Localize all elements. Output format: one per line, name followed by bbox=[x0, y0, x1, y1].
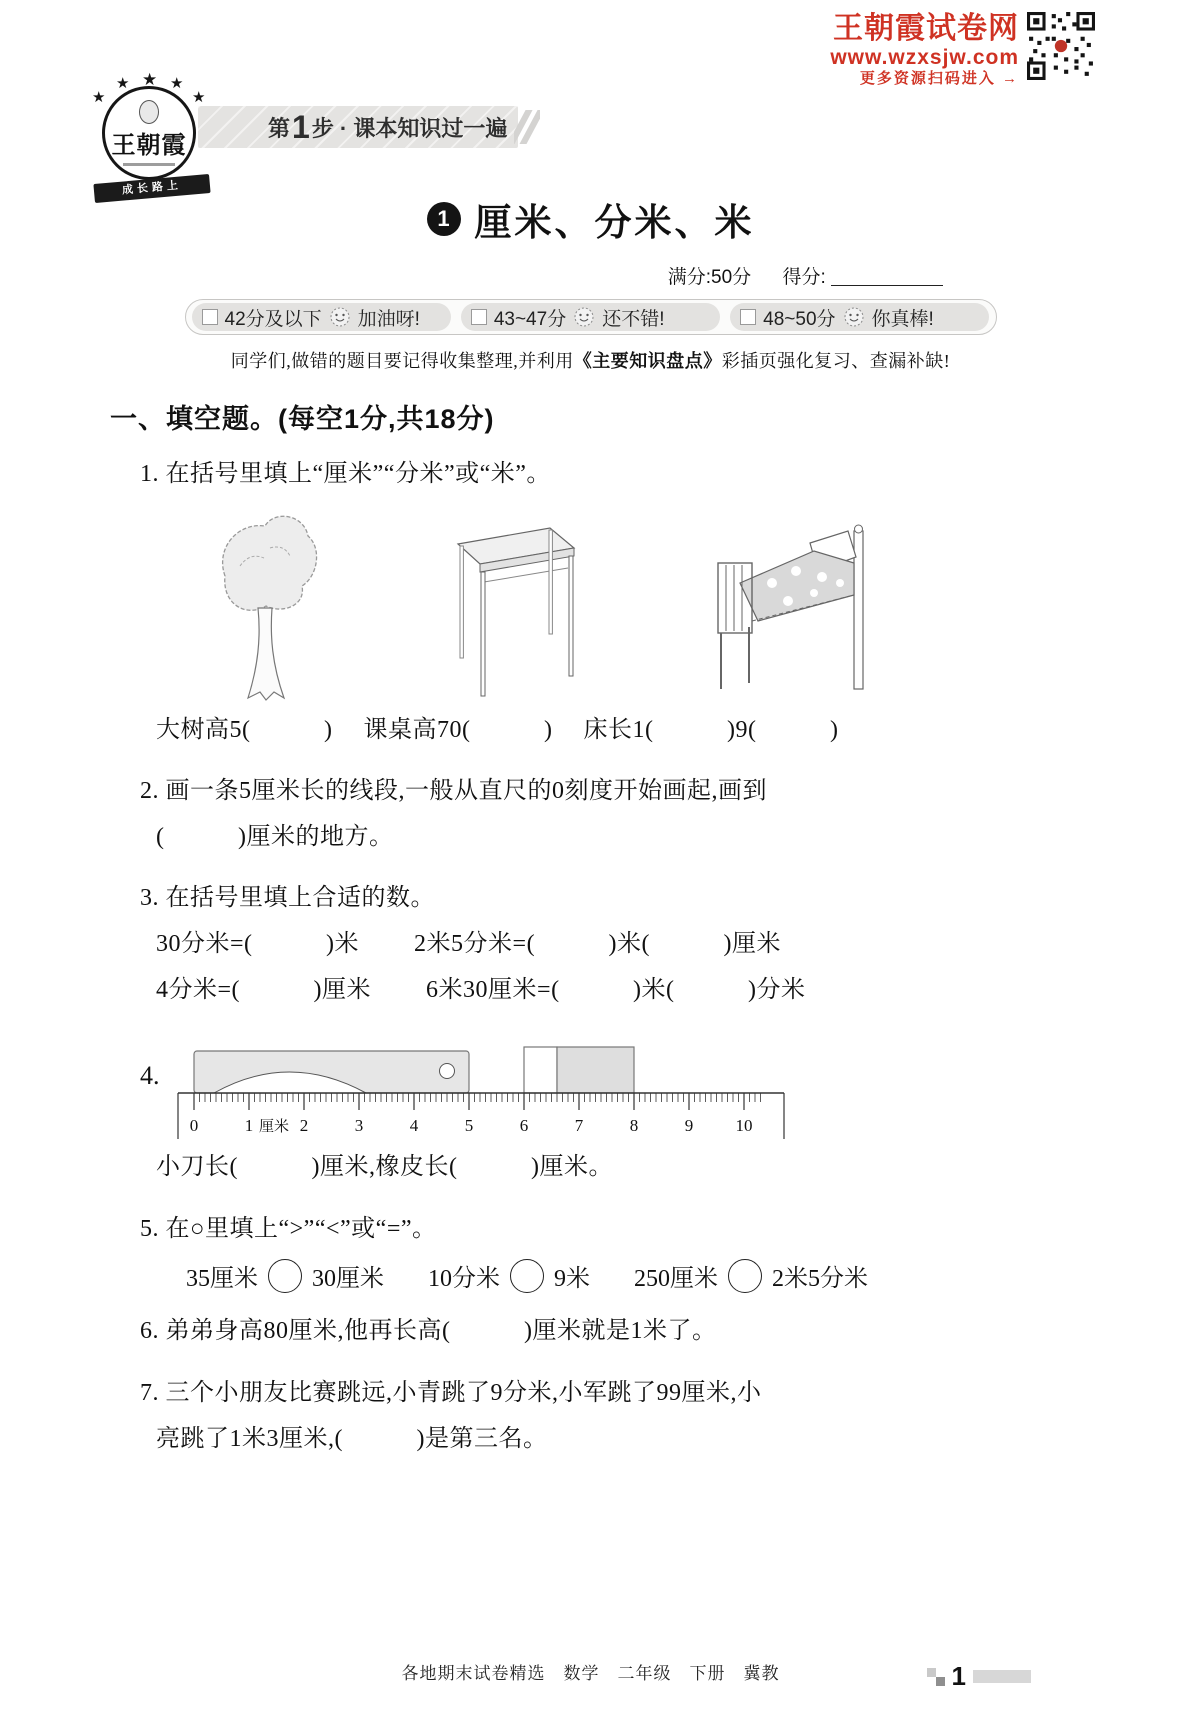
title-text: 厘米、分米、米 bbox=[475, 192, 755, 246]
comparison-left: 250厘米 bbox=[634, 1258, 718, 1293]
score-band-high: 48~50分 你真棒! bbox=[730, 303, 989, 331]
question-3-text: 3. 在括号里填上合适的数。 bbox=[140, 876, 1071, 922]
comparison-left: 35厘米 bbox=[186, 1258, 258, 1293]
face-icon bbox=[573, 306, 595, 328]
svg-text:1: 1 bbox=[244, 1116, 253, 1135]
comparison-right: 30厘米 bbox=[312, 1258, 384, 1293]
brand-title: 王朝霞试卷网 bbox=[830, 12, 1019, 46]
notice-post: 彩插页强化复习、查漏补缺! bbox=[722, 351, 951, 371]
checkbox[interactable] bbox=[471, 309, 487, 325]
answer-circle bbox=[510, 1259, 544, 1293]
star-icon: ★ bbox=[116, 74, 129, 92]
question-1-text: 1. 在括号里填上“厘米”“分米”或“米”。 bbox=[140, 452, 1071, 498]
answer-circle bbox=[268, 1259, 302, 1293]
question-4: 4. 012345678910厘米 bbox=[140, 1031, 1071, 1139]
checkbox[interactable] bbox=[202, 309, 218, 325]
comparison-left: 10分米 bbox=[428, 1258, 500, 1293]
score-blank bbox=[831, 268, 943, 286]
page-bar-decoration bbox=[973, 1670, 1031, 1683]
band-range: 42分及以下 bbox=[225, 304, 322, 331]
notice-pre: 同学们,做错的题目要记得收集整理,并利用 bbox=[231, 351, 574, 371]
comparison-right: 2米5分米 bbox=[772, 1258, 868, 1293]
band-range: 48~50分 bbox=[763, 304, 835, 331]
score-bands: 42分及以下 加油呀! 43~47分 还不错! 48~50分 bbox=[185, 299, 997, 335]
badge-circle: 王朝霞 bbox=[102, 86, 196, 180]
step-suffix: 步 · 课本知识过一遍 bbox=[312, 112, 508, 143]
page-title: 1 厘米、分米、米 bbox=[110, 192, 1071, 246]
comparison-item: 35厘米 30厘米 bbox=[186, 1258, 384, 1293]
step-prefix: 第 bbox=[268, 112, 290, 143]
svg-text:10: 10 bbox=[735, 1116, 752, 1135]
svg-text:厘米: 厘米 bbox=[259, 1118, 289, 1135]
comparison-right: 9米 bbox=[554, 1258, 590, 1293]
qr-code-icon bbox=[1027, 12, 1095, 80]
conversion-item: 30分米=( )米 bbox=[156, 931, 359, 957]
band-comment: 你真棒! bbox=[872, 304, 934, 331]
question-3-row2: 4分米=( )厘米 6米30厘米=( )米( )分米 bbox=[110, 968, 1071, 1014]
question-7-line1: 7. 三个小朋友比赛跳远,小青跳了9分米,小军跳了99厘米,小 bbox=[140, 1371, 1071, 1417]
question-5-text: 5. 在○里填上“>”“<”或“=”。 bbox=[140, 1207, 1071, 1253]
band-comment: 还不错! bbox=[602, 304, 664, 331]
score-line: 满分:50分 得分: bbox=[110, 262, 1071, 289]
question-2-line2: ( )厘米的地方。 bbox=[110, 815, 1071, 861]
star-icon: ★ bbox=[192, 88, 205, 106]
page-header: 王朝霞试卷网 www.wzxsjw.com 更多资源扫码进入 → bbox=[0, 0, 1181, 190]
desk-image bbox=[450, 516, 580, 706]
stripe-decoration bbox=[514, 110, 540, 144]
question-6-text: 6. 弟弟身高80厘米,他再长高( )厘米就是1米了。 bbox=[140, 1309, 1071, 1355]
question-3-row1: 30分米=( )米 2米5分米=( )米( )厘米 bbox=[110, 922, 1071, 968]
question-1-answer-line: 大树高5( ) 课桌高70( ) 床长1( )9( ) bbox=[110, 708, 1071, 754]
svg-text:3: 3 bbox=[354, 1116, 363, 1135]
conversion-item: 6米30厘米=( )米( )分米 bbox=[426, 977, 806, 1003]
question-5-comparisons: 35厘米 30厘米 10分米 9米 250厘米 2米5分米 bbox=[186, 1258, 1071, 1293]
section-heading: 一、填空题。(每空1分,共18分) bbox=[110, 397, 1071, 436]
comparison-item: 250厘米 2米5分米 bbox=[634, 1258, 868, 1293]
svg-text:6: 6 bbox=[519, 1116, 528, 1135]
answer-circle bbox=[728, 1259, 762, 1293]
conversion-item: 2米5分米=( )米( )厘米 bbox=[414, 931, 781, 957]
star-icon: ★ bbox=[92, 88, 105, 106]
question-7-line2: 亮跳了1米3厘米,( )是第三名。 bbox=[110, 1417, 1071, 1463]
svg-text:8: 8 bbox=[629, 1116, 638, 1135]
conversion-item: 4分米=( )厘米 bbox=[156, 977, 371, 1003]
svg-text:7: 7 bbox=[574, 1116, 583, 1135]
badge-name: 王朝霞 bbox=[112, 125, 187, 160]
band-comment: 加油呀! bbox=[358, 304, 420, 331]
badge-subline bbox=[123, 163, 175, 166]
question-2-line1: 2. 画一条5厘米长的线段,一般从直尺的0刻度开始画起,画到 bbox=[140, 769, 1071, 815]
svg-text:0: 0 bbox=[189, 1116, 198, 1135]
face-icon bbox=[329, 306, 351, 328]
page-number: 1 bbox=[952, 1661, 966, 1692]
squares-decoration bbox=[927, 1668, 945, 1686]
notice-book-title: 《主要知识盘点》 bbox=[574, 351, 722, 371]
notice-line: 同学们,做错的题目要记得收集整理,并利用《主要知识盘点》彩插页强化复习、查漏补缺… bbox=[110, 347, 1071, 373]
question-4-label: 4. bbox=[140, 1031, 160, 1091]
question-4-answer-line: 小刀长( )厘米,橡皮长( )厘米。 bbox=[110, 1145, 1071, 1191]
svg-text:2: 2 bbox=[299, 1116, 308, 1135]
title-number-badge: 1 bbox=[427, 202, 461, 236]
step-number: 1 bbox=[292, 109, 310, 146]
svg-text:9: 9 bbox=[684, 1116, 693, 1135]
brand-block: 王朝霞试卷网 www.wzxsjw.com 更多资源扫码进入 → bbox=[830, 12, 1095, 88]
face-icon bbox=[843, 306, 865, 328]
svg-text:5: 5 bbox=[464, 1116, 473, 1135]
score-label: 得分: bbox=[782, 267, 825, 288]
star-icon: ★ bbox=[170, 74, 183, 92]
page-number-badge: 1 bbox=[927, 1661, 1031, 1692]
brand-url: www.wzxsjw.com bbox=[830, 46, 1019, 70]
brand-badge: ★ ★ ★ ★ ★ 王朝霞 成长路上 bbox=[92, 70, 212, 198]
ruler-figure: 012345678910厘米 bbox=[170, 1031, 790, 1139]
question-1-images bbox=[210, 506, 870, 706]
page-footer: 各地期末试卷精选 数学 二年级 下册 冀教 1 bbox=[0, 1659, 1181, 1684]
full-score-label: 满分:50分 bbox=[668, 267, 751, 288]
step-banner: 第 1 步 · 课本知识过一遍 bbox=[198, 106, 518, 148]
brand-tagline: 更多资源扫码进入 → bbox=[830, 71, 1019, 88]
tree-image bbox=[210, 506, 320, 706]
bed-image bbox=[710, 521, 870, 706]
svg-text:4: 4 bbox=[409, 1116, 418, 1135]
portrait-icon bbox=[139, 100, 159, 124]
comparison-item: 10分米 9米 bbox=[428, 1258, 590, 1293]
checkbox[interactable] bbox=[740, 309, 756, 325]
band-range: 43~47分 bbox=[494, 304, 566, 331]
score-band-mid: 43~47分 还不错! bbox=[461, 303, 720, 331]
score-band-low: 42分及以下 加油呀! bbox=[192, 303, 451, 331]
